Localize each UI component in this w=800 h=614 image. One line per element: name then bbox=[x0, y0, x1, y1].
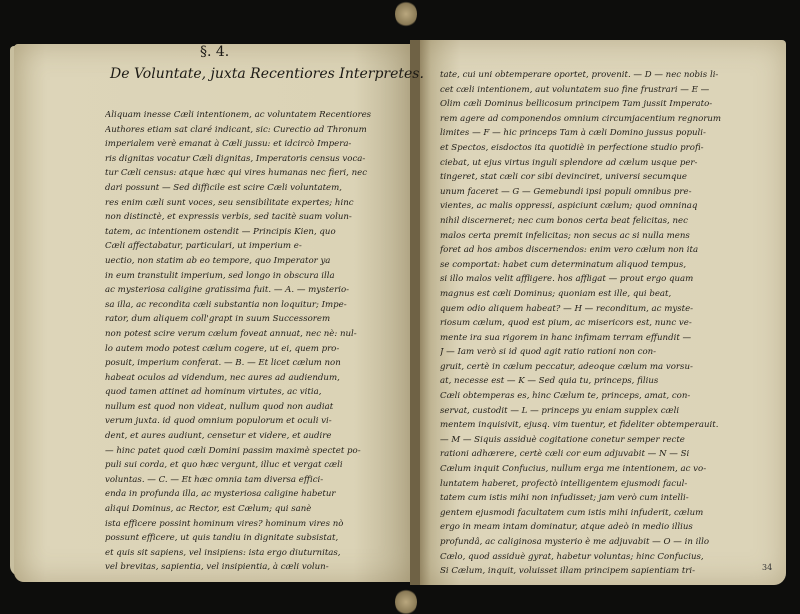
manuscript-line: — M — Siquis assiduè cogitatione conetur… bbox=[440, 433, 775, 448]
manuscript-line: posuit, imperium conferat. — B. — Et lic… bbox=[105, 356, 410, 371]
manuscript-line: dent, et aures audiunt, censetur et vide… bbox=[105, 429, 410, 444]
manuscript-line: Cæli obtemperas es, hinc Cælum te, princ… bbox=[440, 389, 775, 404]
manuscript-line: gruit, certè in cælum peccatur, adeoque … bbox=[440, 360, 775, 375]
manuscript-line: dari possunt — Sed difficile est scire C… bbox=[105, 181, 410, 196]
manuscript-line: mentem inquisivit, ejusq. vim tuentur, e… bbox=[440, 418, 775, 433]
manuscript-line: Cælo, quod assiduè gyrat, habetur volunt… bbox=[440, 550, 775, 565]
manuscript-line: rator, dum aliquem coll'grapt in suum Su… bbox=[105, 312, 410, 327]
manuscript-line: mente ira sua rigorem in hanc infimam te… bbox=[440, 331, 775, 346]
page-heading: De Voluntate, juxta Recentiores Interpre… bbox=[110, 66, 424, 82]
manuscript-line: vel brevitas, sapientia, vel insipientia… bbox=[105, 560, 410, 575]
manuscript-line: rationi adhærere, certè cæli cor eum adj… bbox=[440, 447, 775, 462]
manuscript-line: tur Cæli census: atque hæc qui vires hum… bbox=[105, 166, 410, 181]
manuscript-line: habeat oculos ad videndum, nec aures ad … bbox=[105, 371, 410, 386]
manuscript-line: verum juxta. id quod omnium populorum et… bbox=[105, 414, 410, 429]
page-number: 34 bbox=[762, 563, 772, 572]
right-page-text: tate, cui uni obtemperare oportet, prove… bbox=[440, 68, 775, 579]
manuscript-line: tatem, ac intentionem ostendit — Princip… bbox=[105, 225, 410, 240]
manuscript-line: uectio, non statim ab eo tempore, quo Im… bbox=[105, 254, 410, 269]
manuscript-line: aliqui Dominus, ac Rector, est Cælum; qu… bbox=[105, 502, 410, 517]
manuscript-line: puli sui corda, et quo hæc vergunt, illu… bbox=[105, 458, 410, 473]
manuscript-line: Authores etiam sat claré indicant, sic: … bbox=[105, 123, 410, 138]
manuscript-line: se comportat: habet cum determinatum ali… bbox=[440, 258, 775, 273]
manuscript-line: ergo in meam intam dominatur, atque adeò… bbox=[440, 520, 775, 535]
binding-thread-bottom bbox=[395, 588, 417, 614]
manuscript-line: Aliquam inesse Cæli intentionem, ac volu… bbox=[105, 108, 410, 123]
manuscript-line: profundâ, ac caliginosa mysterio è me ad… bbox=[440, 535, 775, 550]
manuscript-line: ac mysteriosa caligine gratissima fuit. … bbox=[105, 283, 410, 298]
manuscript-line: J — Iam verò si id quod agit ratio ratio… bbox=[440, 345, 775, 360]
manuscript-line: Cælum inquit Confucius, nullum erga me i… bbox=[440, 462, 775, 477]
manuscript-line: malos certa premit infelicitas; non secu… bbox=[440, 229, 775, 244]
manuscript-line: Si Cælum, inquit, voluisset illam princi… bbox=[440, 564, 775, 579]
manuscript-line: magnus est cæli Dominus; quoniam est ill… bbox=[440, 287, 775, 302]
binding-thread-top bbox=[395, 0, 417, 28]
manuscript-line: sa illa, ac recondita cæli substantia no… bbox=[105, 298, 410, 313]
manuscript-line: luntatem haberet, profectò intelligentem… bbox=[440, 477, 775, 492]
manuscript-line: limites — F — hic princeps Tam à cæli Do… bbox=[440, 126, 775, 141]
manuscript-line: rem agere ad componendos omnium circumja… bbox=[440, 112, 775, 127]
manuscript-line: nihil discerneret; nec cum bonos certa b… bbox=[440, 214, 775, 229]
manuscript-line: tingeret, stat cæli cor sibi devinciret,… bbox=[440, 170, 775, 185]
manuscript-line: vientes, ac malis oppressi, aspiciunt cæ… bbox=[440, 199, 775, 214]
manuscript-line: voluntas. — C. — Et hæc omnia tam divers… bbox=[105, 473, 410, 488]
manuscript-line: cet cæli intentionem, aut voluntatem suo… bbox=[440, 83, 775, 98]
manuscript-line: nullum est quod non videat, nullum quod … bbox=[105, 400, 410, 415]
manuscript-line: in eum transtulit imperium, sed longo in… bbox=[105, 269, 410, 284]
manuscript-line: quod tamen attinet ad hominum virtutes, … bbox=[105, 385, 410, 400]
manuscript-line: — hinc patet quod cæli Domini passim max… bbox=[105, 444, 410, 459]
manuscript-line: ris dignitas vocatur Cæli dignitas, Impe… bbox=[105, 152, 410, 167]
manuscript-line: et Spectos, eisdoctos ita quotidiè in pe… bbox=[440, 141, 775, 156]
manuscript-line: et quis sit sapiens, vel insipiens: ista… bbox=[105, 546, 410, 561]
manuscript-line: non potest scire verum cælum foveat annu… bbox=[105, 327, 410, 342]
manuscript-line: non distinctè, et expressis verbis, sed … bbox=[105, 210, 410, 225]
manuscript-line: lo autem modo potest cælum cogere, ut ei… bbox=[105, 342, 410, 357]
manuscript-line: imperialem verè emanat à Cæli jussu: et … bbox=[105, 137, 410, 152]
section-mark: §. 4. bbox=[200, 44, 229, 60]
manuscript-line: gentem ejusmodi facultatem cum istis mih… bbox=[440, 506, 775, 521]
manuscript-line: at, necesse est — K — Sed quia tu, princ… bbox=[440, 374, 775, 389]
manuscript-line: tatem cum istis mihi non infudisset; jam… bbox=[440, 491, 775, 506]
manuscript-line: Cæli affectabatur, particulari, ut imper… bbox=[105, 239, 410, 254]
manuscript-line: tate, cui uni obtemperare oportet, prove… bbox=[440, 68, 775, 83]
left-page-text: Aliquam inesse Cæli intentionem, ac volu… bbox=[105, 108, 410, 575]
manuscript-line: riosum cælum, quod est pium, ac miserico… bbox=[440, 316, 775, 331]
manuscript-line: unum faceret — G — Gemebundi ipsi populi… bbox=[440, 185, 775, 200]
manuscript-line: Olim cæli Dominus bellicosum principem T… bbox=[440, 97, 775, 112]
manuscript-line: foret ad hos ambos discernendos: enim ve… bbox=[440, 243, 775, 258]
manuscript-line: ista efficere possint hominum vires? hom… bbox=[105, 517, 410, 532]
manuscript-line: res enim cæli sunt voces, seu sensibilit… bbox=[105, 196, 410, 211]
manuscript-line: servat, custodit — L — princeps yu eniam… bbox=[440, 404, 775, 419]
manuscript-line: ciebat, ut ejus virtus inguli splendore … bbox=[440, 156, 775, 171]
manuscript-line: possunt efficere, ut quis tandiu in dign… bbox=[105, 531, 410, 546]
manuscript-line: si illo malos velit affligere. hos affli… bbox=[440, 272, 775, 287]
manuscript-line: quem odio aliquem habeat? — H — recondit… bbox=[440, 302, 775, 317]
manuscript-line: enda in profunda illa, ac mysteriosa cal… bbox=[105, 487, 410, 502]
book-gutter bbox=[410, 40, 420, 585]
